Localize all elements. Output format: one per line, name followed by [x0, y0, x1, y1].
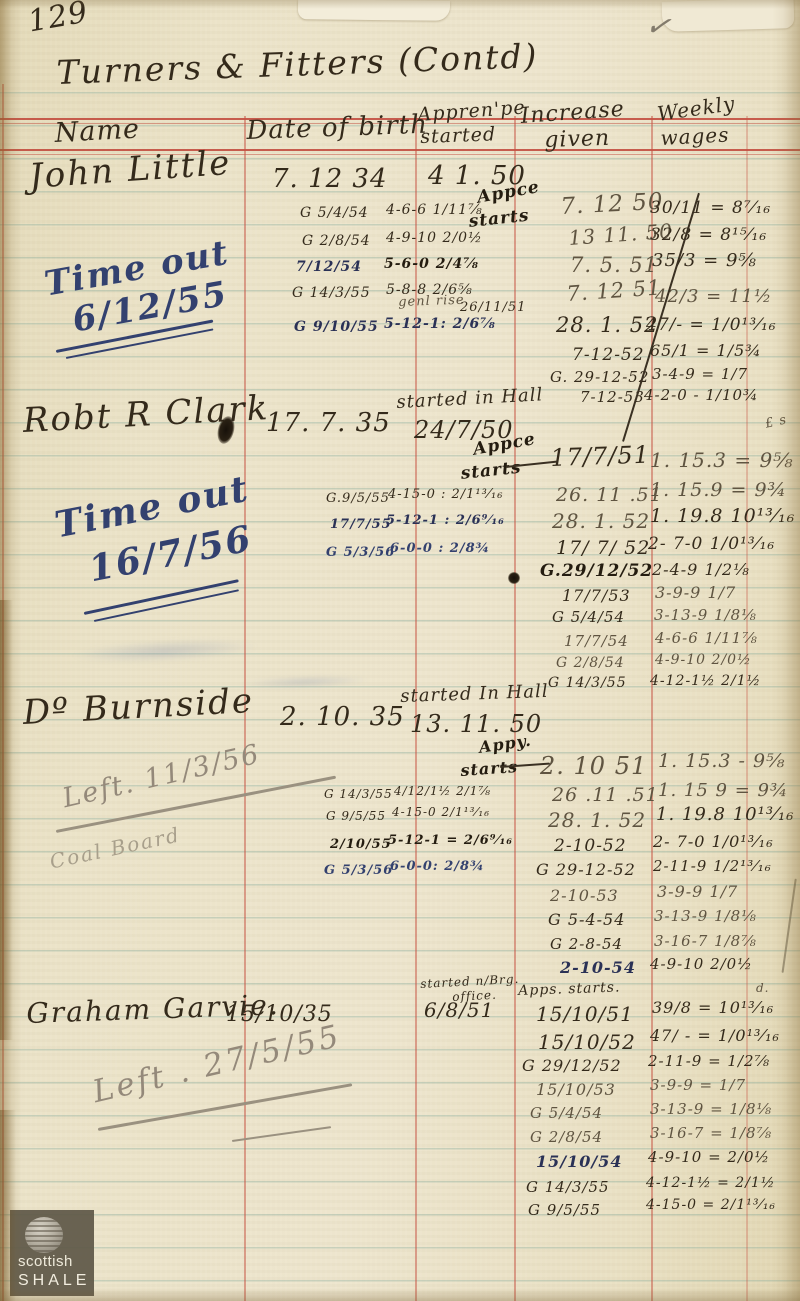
torn-paper-edge	[298, 0, 450, 21]
clark-row3-rate: 5-12-1 : 2/6⁹⁄₁₆	[386, 514, 505, 527]
col-header-apprentice-1: Appren'pe	[417, 98, 526, 125]
red-column-rule-apprentice	[514, 116, 516, 1301]
little-row1-wage: 30/11 = 8⁷⁄₁₆	[650, 200, 771, 217]
garvie-row7-wage: 4-9-10 = 2/0½	[648, 1150, 770, 1165]
burnside-row6-increase: 2-10-53	[550, 888, 619, 904]
torn-paper-edge	[662, 0, 795, 32]
burnside-row9-increase: 2-10-54	[560, 960, 636, 976]
garvie-row6-wage: 3-16-7 = 1/8⅞	[650, 1126, 772, 1141]
garvie-row9-increase: G 9/5/55	[528, 1203, 601, 1218]
clark-row8-increase: 17/7/54	[564, 634, 629, 649]
burnside-row3-wage: 1. 19.8 10¹³⁄₁₆	[656, 806, 794, 824]
garvie-started-note-1: started n/Brg.	[420, 973, 520, 990]
garvie-row1-wage: 39/8 = 10¹³⁄₁₆	[652, 1000, 774, 1016]
little-row3-increase: 7. 5. 51	[570, 255, 658, 276]
burnside-name: Dº Burnside	[22, 684, 255, 730]
little-row3-date: 7/12/54	[296, 260, 362, 274]
burnside-row2-wage: 1. 15 9 = 9¾	[658, 782, 788, 800]
little-row8-wage: 4-2-0 - 1/10¾	[644, 388, 759, 403]
burnside-row6-wage: 3-9-9 1/7	[657, 884, 738, 900]
clark-row10-wage: 4-12-1½ 2/1½	[650, 674, 761, 688]
burnside-row2-date: G 14/3/55	[324, 788, 393, 800]
clark-row7-wage: 3-13-9 1/8⅛	[654, 608, 757, 623]
garvie-row8-increase: G 14/3/55	[526, 1180, 610, 1195]
burnside-row2-rate: 4/12/1½ 2/1⅞	[394, 785, 491, 797]
burnside-row5-increase: G 29-12-52	[536, 862, 636, 878]
clark-row6-increase: 17/7/53	[562, 588, 631, 604]
clark-row3-increase: 28. 1. 52	[552, 511, 650, 531]
garvie-left-note: Left . 27/5/55	[90, 1021, 344, 1108]
logo-text-scottish: scottish	[18, 1253, 73, 1270]
little-row6-increase: 7-12-52	[572, 347, 645, 364]
clark-row2-date: G.9/5/55	[326, 492, 390, 505]
col-header-name: Name	[54, 116, 141, 147]
page-edge-shadow-bottom	[0, 1288, 800, 1301]
burnside-row5-wage: 2-11-9 1/2¹³⁄₁₆	[653, 859, 772, 874]
clark-row2-increase: 26. 11 .51	[556, 486, 663, 505]
burnside-row8-increase: G 2-8-54	[550, 937, 623, 952]
little-row2-wage: 32/8 = 8¹⁵⁄₁₆	[650, 227, 767, 244]
clark-row6-wage: 3-9-9 1/7	[655, 585, 736, 601]
little-row4-date: G 14/3/55	[292, 286, 371, 300]
clark-row1-wage: 1. 15.3 = 9⅝	[650, 450, 794, 470]
burnside-row4-increase: 2-10-52	[554, 838, 627, 855]
clark-pound-note: £ s	[764, 413, 788, 430]
burnside-row3-date: G 9/5/55	[326, 810, 386, 822]
page-number: 129	[26, 0, 91, 38]
garvie-apps-starts-note: Apps. starts.	[518, 980, 621, 998]
burnside-row3-rate: 4-15-0 2/1¹³⁄₁₆	[392, 806, 490, 818]
little-appce-note-2: starts	[468, 208, 530, 231]
clark-started-note: started in Hall	[396, 386, 544, 412]
page-edge-shadow-right	[772, 0, 800, 1301]
burnside-row7-wage: 3-13-9 1/8⅛	[654, 909, 757, 924]
garvie-row4-increase: 15/10/53	[536, 1082, 616, 1098]
garvie-row6-increase: G 2/8/54	[530, 1130, 603, 1145]
garvie-row2-wage: 47/ - = 1/0¹³⁄₁₆	[650, 1028, 780, 1044]
little-row5-wage: 47/- = 1/0¹³⁄₁₆	[646, 317, 777, 334]
burnside-left-note: Left. 11/3/56	[60, 741, 263, 813]
burnside-appy-note-2: starts	[460, 759, 519, 779]
clark-row10-increase: G 14/3/55	[548, 676, 627, 690]
little-row4-wage: 42/3 = 11½	[655, 288, 772, 306]
little-row3-wage: 35/3 = 9⅝	[652, 252, 757, 270]
col-header-apprentice-2: started	[420, 125, 496, 147]
clark-row9-increase: G 2/8/54	[556, 656, 625, 670]
little-row5-date: G 9/10/55	[294, 320, 379, 334]
red-margin-rule	[2, 84, 4, 1301]
burnside-row1-wage: 1. 15.3 - 9⅝	[658, 752, 785, 771]
clark-appce-note-2: starts	[460, 460, 522, 483]
check-mark: ✓	[643, 10, 674, 44]
clark-row5-wage: 2-4-9 1/2⅛	[652, 562, 750, 578]
underline-left-garvie-2	[232, 1126, 331, 1142]
little-row7-wage: 3-4-9 = 1/7	[652, 367, 748, 382]
blue-smudge-2	[240, 674, 370, 691]
burnside-started-note: started In Hall	[400, 683, 549, 706]
clark-row7-increase: G 5/4/54	[552, 610, 625, 625]
clark-row4-date: G 5/3/56	[326, 546, 395, 559]
scottish-shale-watermark: scottish SHALE	[10, 1210, 94, 1296]
clark-row9-wage: 4-9-10 2/0½	[655, 653, 752, 667]
col-header-increase-2: given	[544, 128, 610, 152]
garvie-row2-increase: 15/10/52	[538, 1032, 636, 1052]
little-dob: 7. 12 34	[272, 166, 388, 192]
burnside-row3-increase: 28. 1. 52	[548, 810, 646, 830]
little-row1-date: G 5/4/54	[300, 206, 369, 220]
clark-row2-rate: 4-15-0 : 2/1¹³⁄₁₆	[388, 488, 503, 501]
garvie-pence-note: d.	[756, 982, 770, 994]
little-row4-increase: 7. 12 51	[566, 277, 662, 305]
col-header-wages-2: wages	[660, 124, 730, 148]
little-genl-rise-date: 26/11/51	[460, 301, 526, 314]
burnside-row1-increase: 2. 10 51	[540, 754, 647, 778]
clark-row3-wage: 1. 19.8 10¹³⁄₁₆	[650, 507, 795, 526]
burnside-row4-date: 2/10/55	[330, 838, 392, 851]
burnside-row7-increase: G 5-4-54	[548, 912, 625, 928]
little-genl-rise-note: genl rise	[398, 294, 465, 309]
clark-row4-wage: 2- 7-0 1/0¹³⁄₁₆	[648, 536, 775, 553]
garvie-row3-wage: 2-11-9 = 1/2⅞	[648, 1054, 770, 1069]
garvie-row1-increase: 15/10/51	[536, 1004, 634, 1024]
garvie-row7-increase: 15/10/54	[536, 1154, 622, 1170]
burnside-row8-wage: 3-16-7 1/8⅞	[654, 934, 757, 949]
garvie-row9-wage: 4-15-0 = 2/1¹³⁄₁₆	[646, 1198, 776, 1212]
little-row2-date: G 2/8/54	[302, 234, 371, 248]
paren-burnside-wages	[782, 879, 797, 973]
clark-row4-rate: 6-0-0 : 2/8¾	[390, 542, 490, 555]
clark-row8-wage: 4-6-6 1/11⅞	[655, 631, 758, 646]
col-header-dob: Date of birth	[246, 112, 428, 144]
burnside-row5-rate: 6-0-0: 2/8¾	[390, 860, 485, 873]
clark-row1-increase: 17/7/51	[550, 443, 650, 470]
clark-row5-increase: G.29/12/52	[540, 563, 653, 580]
clark-row4-increase: 17/ 7/ 52	[556, 539, 650, 558]
burnside-dob: 2. 10. 35	[280, 704, 405, 730]
burnside-row5-date: G 5/3/56	[324, 864, 393, 877]
little-row6-wage: 65/1 = 1/5¾	[650, 343, 762, 359]
little-row2-rate: 4-9-10 2/0½	[386, 231, 483, 245]
burnside-row4-wage: 2- 7-0 1/0¹³⁄₁₆	[653, 834, 774, 850]
clark-row3-date: 17/7/55	[330, 518, 392, 531]
blue-smudge-1	[70, 635, 261, 667]
little-row5-increase: 28. 1. 52	[556, 315, 659, 336]
little-row5-rate: 5-12-1: 2/6⅞	[384, 317, 496, 331]
burnside-row9-wage: 4-9-10 2/0½	[650, 957, 753, 972]
burnside-coal-board-note: Coal Board	[48, 824, 182, 871]
clark-row2-wage: 1. 15.9 = 9¾	[650, 481, 787, 500]
little-row7-increase: G. 29-12-52	[550, 370, 649, 385]
little-row3-rate: 5-6-0 2/4⅞	[384, 257, 479, 271]
garvie-row5-increase: G 5/4/54	[530, 1106, 603, 1121]
ledger-page: 129✓Turners & Fitters (Contd)NameDate of…	[0, 0, 800, 1301]
garvie-row3-increase: G 29/12/52	[522, 1058, 622, 1074]
garvie-row5-wage: 3-13-9 = 1/8⅛	[650, 1102, 772, 1117]
garvie-row8-wage: 4-12-1½ = 2/1½	[646, 1176, 775, 1190]
logo-text-shale: SHALE	[18, 1272, 90, 1290]
little-row1-increase: 7. 12 50	[560, 191, 664, 219]
ink-blot-small	[508, 572, 520, 584]
burnside-appy-note-1: Appy.	[478, 733, 533, 756]
burnside-row4-rate: 5-12-1 = 2/6⁹⁄₁₆	[388, 834, 513, 847]
section-title: Turners & Fitters (Contd)	[56, 39, 539, 89]
garvie-row4-wage: 3-9-9 = 1/7	[650, 1078, 746, 1093]
clark-dob: 17. 7. 35	[266, 410, 391, 436]
shale-sphere-icon	[25, 1217, 63, 1253]
burnside-row2-increase: 26 .11 .51	[552, 786, 659, 805]
garvie-started-date: 6/8/51	[424, 1000, 494, 1020]
